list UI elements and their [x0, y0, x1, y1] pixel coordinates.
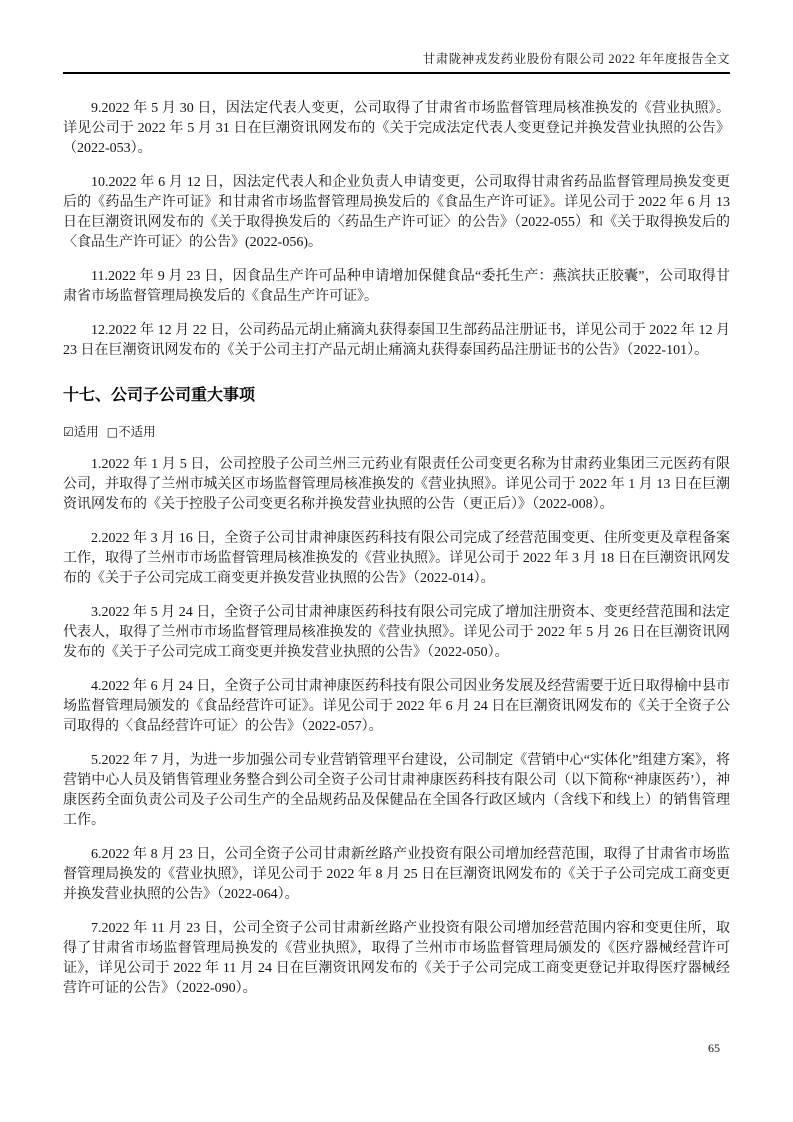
page-content: 9.2022 年 5 月 30 日，因法定代表人变更，公司取得了甘肃省市场监督管…: [63, 74, 730, 999]
paragraph-item-2: 2.2022 年 3 月 16 日，全资子公司甘肃神康医药科技有限公司完成了经营…: [63, 529, 730, 589]
paragraph-item-10: 10.2022 年 6 月 12 日，因法定代表人和企业负责人申请变更，公司取得…: [63, 173, 730, 253]
paragraph-item-6: 6.2022 年 8 月 23 日，公司全资子公司甘肃新丝路产业投资有限公司增加…: [63, 845, 730, 905]
checkbox-unchecked-icon: □: [107, 425, 118, 439]
paragraph-item-1: 1.2022 年 1 月 5 日，公司控股子公司兰州三元药业有限责任公司变更名称…: [63, 455, 730, 515]
checkbox-checked-icon: ☑: [63, 425, 74, 439]
applicable-label: 适用: [74, 425, 99, 439]
paragraph-item-9: 9.2022 年 5 月 30 日，因法定代表人变更，公司取得了甘肃省市场监督管…: [63, 99, 730, 159]
report-page: 甘肃陇神戎发药业股份有限公司 2022 年年度报告全文 9.2022 年 5 月…: [0, 0, 793, 1122]
applicability-row: ☑适用□不适用: [63, 424, 730, 441]
paragraph-item-4: 4.2022 年 6 月 24 日，全资子公司甘肃神康医药科技有限公司因业务发展…: [63, 677, 730, 737]
paragraph-item-3: 3.2022 年 5 月 24 日，全资子公司甘肃神康医药科技有限公司完成了增加…: [63, 603, 730, 663]
paragraph-item-5: 5.2022 年 7 月，为进一步加强公司专业营销管理平台建设，公司制定《营销中…: [63, 751, 730, 831]
section-heading-subsidiary-matters: 十七、公司子公司重大事项: [63, 385, 730, 407]
page-number: 65: [708, 1040, 720, 1056]
paragraph-item-7: 7.2022 年 11 月 23 日，公司全资子公司甘肃新丝路产业投资有限公司增…: [63, 919, 730, 999]
paragraph-item-11: 11.2022 年 9 月 23 日，因食品生产许可品种申请增加保健食品“委托生…: [63, 267, 730, 307]
page-header-title: 甘肃陇神戎发药业股份有限公司 2022 年年度报告全文: [63, 50, 730, 74]
not-applicable-label: 不适用: [118, 425, 156, 439]
paragraph-item-12: 12.2022 年 12 月 22 日，公司药品元胡止痛滴丸获得泰国卫生部药品注…: [63, 321, 730, 361]
